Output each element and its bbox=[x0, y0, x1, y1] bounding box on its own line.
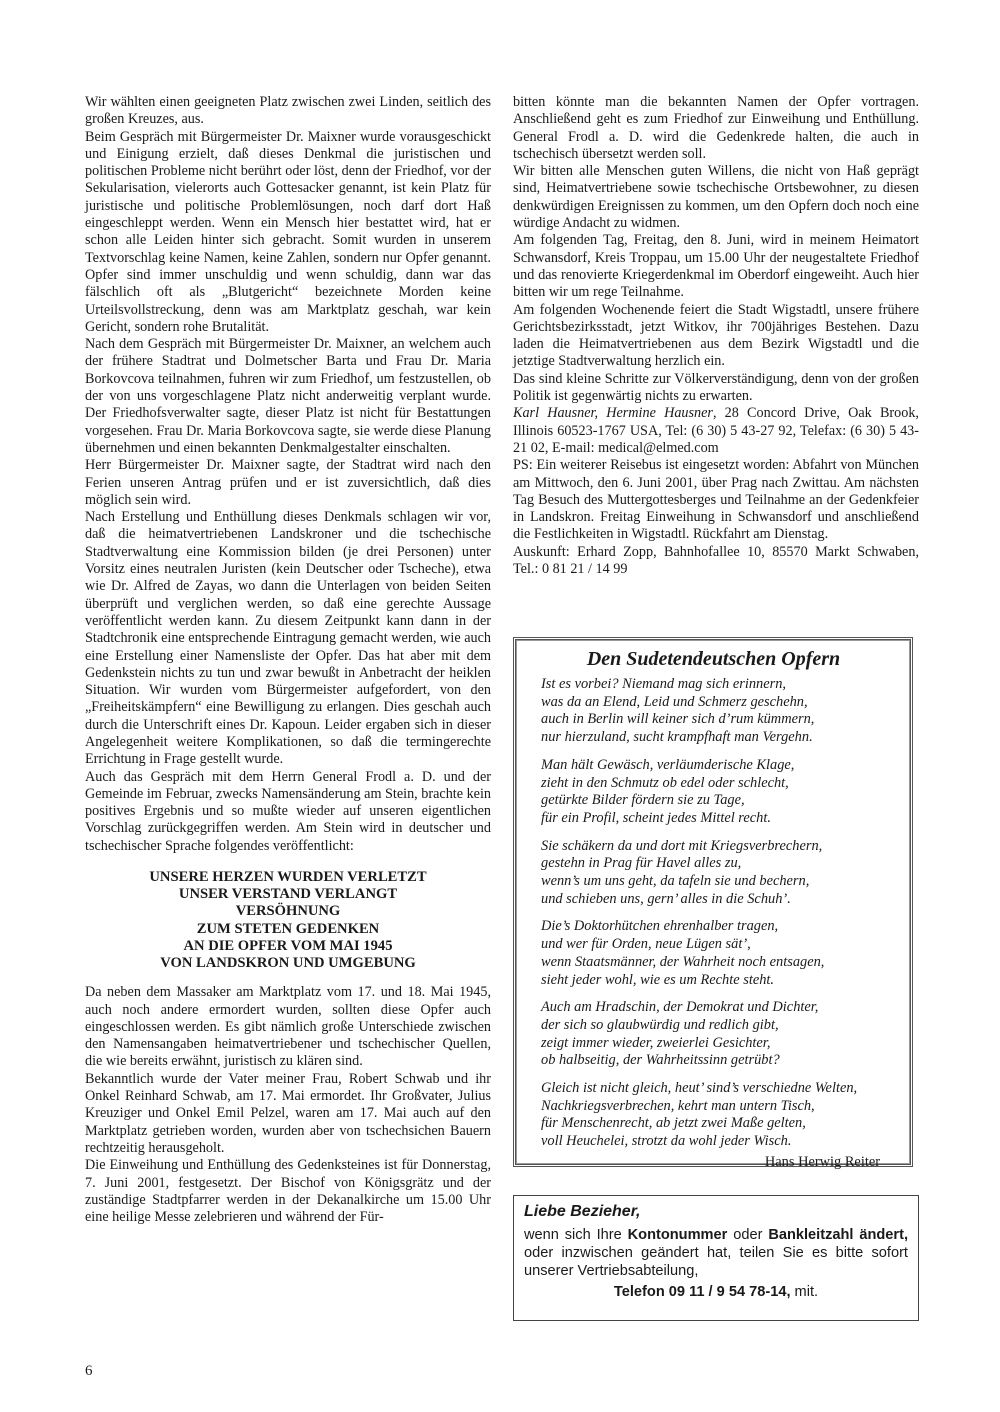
poem-line: Man hält Gewäsch, verläumderische Klage, bbox=[541, 757, 898, 775]
notice-text: mit. bbox=[791, 1284, 819, 1300]
inscription-line: ZUM STETEN GEDENKEN bbox=[85, 921, 491, 938]
notice-text: oder bbox=[727, 1227, 768, 1243]
memorial-inscription: UNSERE HERZEN WURDEN VERLETZT UNSER VERS… bbox=[85, 869, 491, 972]
notice-text: wenn sich Ihre bbox=[524, 1227, 628, 1243]
inscription-line: UNSER VERSTAND VERLANGT bbox=[85, 886, 491, 903]
phone-number: Telefon 09 11 / 9 54 78-14, bbox=[614, 1284, 791, 1300]
poem-line: Ist es vorbei? Niemand mag sich erinnern… bbox=[541, 676, 898, 694]
poem-line: auch in Berlin will keiner sich d’rum kü… bbox=[541, 711, 898, 729]
poem-line: Die’s Doktorhütchen ehrenhalber tragen, bbox=[541, 918, 898, 936]
paragraph: Nach Erstellung und Enthüllung dieses De… bbox=[85, 509, 491, 768]
paragraph: bitten könnte man die bekannten Namen de… bbox=[513, 94, 919, 163]
poem-box: Den Sudetendeutschen Opfern Ist es vorbe… bbox=[513, 637, 913, 1167]
poem-line: voll Heuchelei, strotzt da wohl jeder Wi… bbox=[541, 1133, 898, 1151]
notice-title: Liebe Bezieher, bbox=[524, 1202, 908, 1222]
poem-line: ob halbseitig, der Wahrheitssinn getrübt… bbox=[541, 1052, 898, 1070]
paragraph: Wir bitten alle Menschen guten Willens, … bbox=[513, 163, 919, 232]
inscription-line: UNSERE HERZEN WURDEN VERLETZT bbox=[85, 869, 491, 886]
poem-line: zieht in den Schmutz ob edel oder schlec… bbox=[541, 775, 898, 793]
poem-line: nur hierzuland, sucht krampfhaft man Ver… bbox=[541, 729, 898, 747]
paragraph: Am folgenden Wochenende feiert die Stadt… bbox=[513, 302, 919, 371]
poem-line: und schieben uns, gern’ alles in die Sch… bbox=[541, 891, 898, 909]
paragraph: Beim Gespräch mit Bürgermeister Dr. Maix… bbox=[85, 129, 491, 337]
poem-line: wenn’s um uns geht, da tafeln sie und be… bbox=[541, 873, 898, 891]
poem-stanza: Gleich ist nicht gleich, heut’ sind’s ve… bbox=[541, 1080, 898, 1151]
notice-keyword: Bankleitzahl ändert, bbox=[768, 1227, 908, 1243]
right-column: bitten könnte man die bekannten Namen de… bbox=[513, 94, 919, 578]
notice-keyword: Kontonummer bbox=[628, 1227, 728, 1243]
inscription-line: AN DIE OPFER VOM MAI 1945 bbox=[85, 938, 491, 955]
paragraph: Auch das Gespräch mit dem Herrn General … bbox=[85, 769, 491, 855]
paragraph: PS: Ein weiterer Reisebus ist eingesetzt… bbox=[513, 457, 919, 543]
poem-line: wenn Staatsmänner, der Wahrheit noch ent… bbox=[541, 954, 898, 972]
poem-line: sieht jeder wohl, wie es um Rechte steht… bbox=[541, 972, 898, 990]
poem-author: Hans Herwig Reiter bbox=[541, 1153, 880, 1171]
left-column: Wir wählten einen geeigneten Platz zwisc… bbox=[85, 94, 491, 1226]
paragraph: Wir wählten einen geeigneten Platz zwisc… bbox=[85, 94, 491, 129]
poem-line: was da an Elend, Leid und Schmerz gesche… bbox=[541, 694, 898, 712]
notice-text: oder inzwischen geändert hat, teilen Sie… bbox=[524, 1245, 908, 1279]
poem-line: für ein Profil, scheint jedes Mittel rec… bbox=[541, 810, 898, 828]
poem-line: getürkte Bilder fördern sie zu Tage, bbox=[541, 792, 898, 810]
poem-line: Nachkriegsverbrechen, kehrt man untern T… bbox=[541, 1098, 898, 1116]
poem-line: für Menschenrecht, ab jetzt zwei Maße ge… bbox=[541, 1115, 898, 1133]
inscription-line: VON LANDSKRON UND UMGEBUNG bbox=[85, 955, 491, 972]
author-signature: Karl Hausner, Hermine Hausner, 28 Concor… bbox=[513, 405, 919, 457]
poem-stanza: Ist es vorbei? Niemand mag sich erinnern… bbox=[541, 676, 898, 747]
author-names: Karl Hausner, Hermine Hausner bbox=[513, 405, 713, 421]
poem-line: Gleich ist nicht gleich, heut’ sind’s ve… bbox=[541, 1080, 898, 1098]
poem-stanza: Sie schäkern da und dort mit Kriegsverbr… bbox=[541, 838, 898, 909]
paragraph: Nach dem Gespräch mit Bürgermeister Dr. … bbox=[85, 336, 491, 457]
poem-line: der sich so glaubwürdig und redlich gibt… bbox=[541, 1017, 898, 1035]
subscriber-notice-box: Liebe Bezieher, wenn sich Ihre Kontonumm… bbox=[513, 1195, 919, 1321]
poem-stanza: Man hält Gewäsch, verläumderische Klage,… bbox=[541, 757, 898, 828]
poem-line: und wer für Orden, neue Lügen sät’, bbox=[541, 936, 898, 954]
notice-body: wenn sich Ihre Kontonummer oder Bankleit… bbox=[524, 1226, 908, 1280]
poem-line: Auch am Hradschin, der Demokrat und Dich… bbox=[541, 999, 898, 1017]
notice-phone: Telefon 09 11 / 9 54 78-14, mit. bbox=[524, 1283, 908, 1301]
poem-stanza: Auch am Hradschin, der Demokrat und Dich… bbox=[541, 999, 898, 1070]
poem-line: zeigt immer wieder, zweierlei Gesichter, bbox=[541, 1035, 898, 1053]
page-number: 6 bbox=[85, 1363, 93, 1380]
paragraph: Am folgenden Tag, Freitag, den 8. Juni, … bbox=[513, 232, 919, 301]
poem-line: gestehn in Prag für Havel alles zu, bbox=[541, 855, 898, 873]
paragraph: Herr Bürgermeister Dr. Maixner sagte, de… bbox=[85, 457, 491, 509]
inscription-line: VERSÖHNUNG bbox=[85, 903, 491, 920]
poem-title: Den Sudetendeutschen Opfern bbox=[529, 646, 898, 672]
paragraph: Die Einweihung und Enthüllung des Gedenk… bbox=[85, 1157, 491, 1226]
paragraph: Bekanntlich wurde der Vater meiner Frau,… bbox=[85, 1071, 491, 1157]
paragraph: Das sind kleine Schritte zur Völkerverst… bbox=[513, 371, 919, 406]
paragraph: Da neben dem Massaker am Marktplatz vom … bbox=[85, 984, 491, 1070]
poem-stanza: Die’s Doktorhütchen ehrenhalber tragen, … bbox=[541, 918, 898, 989]
paragraph: Auskunft: Erhard Zopp, Bahnhofallee 10, … bbox=[513, 544, 919, 579]
poem-line: Sie schäkern da und dort mit Kriegsverbr… bbox=[541, 838, 898, 856]
